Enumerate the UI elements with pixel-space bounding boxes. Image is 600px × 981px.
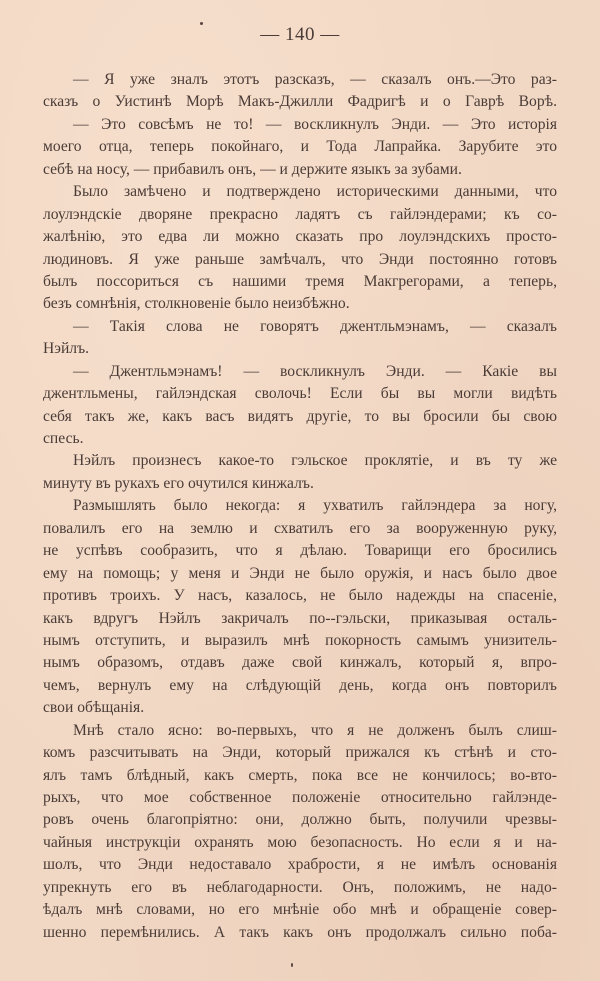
text-line: моего отца, теперь покойнаго, и Тода Лап… [43, 136, 557, 158]
text-line: ему на помощь; у меня и Энди не было ору… [43, 563, 557, 585]
book-page: — 140 — — Я уже зналъ этотъ разсказъ, — … [0, 0, 600, 981]
text-line: нымъ отступить, и выразилъ мнѣ покорност… [43, 630, 557, 652]
text-line: шенно перемѣнились. А такъ какъ онъ прод… [43, 922, 557, 944]
page-number: — 140 — [0, 24, 600, 46]
text-line: людиновъ. Я уже раньше замѣчалъ, что Энд… [43, 249, 557, 271]
text-line: нымъ образомъ, отдавъ даже свой кинжалъ,… [43, 652, 557, 674]
text-line: Нэйлъ. [43, 338, 557, 360]
text-line: — Такія слова не говорятъ джентльмэнамъ,… [43, 316, 557, 338]
text-line: противъ троихъ. У насъ, казалось, не был… [43, 585, 557, 607]
text-line: рыхъ, что мое собственное положеніе отно… [43, 787, 557, 809]
text-line: — Я уже зналъ этотъ разсказъ, — сказалъ … [43, 69, 557, 91]
ink-speck [291, 963, 293, 967]
text-line: комъ разсчитывать на Энди, который прижа… [43, 742, 557, 764]
text-line: чемъ, вернулъ ему на слѣдующій день, ког… [43, 675, 557, 697]
text-line: Нэйлъ произнесъ какое-то гэльское прокля… [43, 450, 557, 472]
text-line: себѣ на носу, — прибавилъ онъ, — и держи… [43, 159, 557, 181]
text-line: былъ поссориться съ нашими тремя Макгрег… [43, 271, 557, 293]
text-line: повалилъ его на землю и схватилъ его за … [43, 518, 557, 540]
text-line: Было замѣчено и подтверждено исторически… [43, 181, 557, 203]
text-line: — Это совсѣмъ не то! — воскликнулъ Энди.… [43, 114, 557, 136]
text-line: шолъ, что Энди недоставало храбрости, я … [43, 854, 557, 876]
text-line: лоулэндскіе дворяне прекрасно ладятъ съ … [43, 204, 557, 226]
text-line: упрекнуть его въ неблагодарности. Онъ, п… [43, 877, 557, 899]
text-line: минуту въ рукахъ его очутился кинжалъ. [43, 473, 557, 495]
text-line: не успѣвъ сообразить, что я дѣлаю. Товар… [43, 540, 557, 562]
text-line: какъ вдругъ Нэйлъ закричалъ по--гэльски,… [43, 608, 557, 630]
text-line: джентльмены, гайлэндская сволочь! Если б… [43, 383, 557, 405]
text-line: себя такъ же, какъ васъ видятъ другіе, т… [43, 406, 557, 428]
text-line: чайныя инструкціи охранять мою безопасно… [43, 832, 557, 854]
text-line: ялъ тамъ блѣдный, какъ смерть, пока все … [43, 765, 557, 787]
text-line: Размышлять было некогда: я ухватилъ гайл… [43, 495, 557, 517]
text-line: сказъ о Уистинѣ Морѣ Макъ-Джилли Фадригѣ… [43, 91, 557, 113]
text-line: ѣдалъ мнѣ словами, но его мнѣніе обо мнѣ… [43, 899, 557, 921]
text-line: спесь. [43, 428, 557, 450]
text-line: ровъ очень благопріятно: они, должно быт… [43, 809, 557, 831]
text-line: Мнѣ стало ясно: во-первыхъ, что я не дол… [43, 720, 557, 742]
text-line: свои обѣщанія. [43, 697, 557, 719]
body-text: — Я уже зналъ этотъ разсказъ, — сказалъ … [43, 69, 557, 944]
text-line: безъ сомнѣнія, столкновеніе было неизбѣж… [43, 293, 557, 315]
text-line: — Джентльмэнамъ! — воскликнулъ Энди. — К… [43, 361, 557, 383]
text-line: жалѣнію, это едва ли можно сказать про л… [43, 226, 557, 248]
